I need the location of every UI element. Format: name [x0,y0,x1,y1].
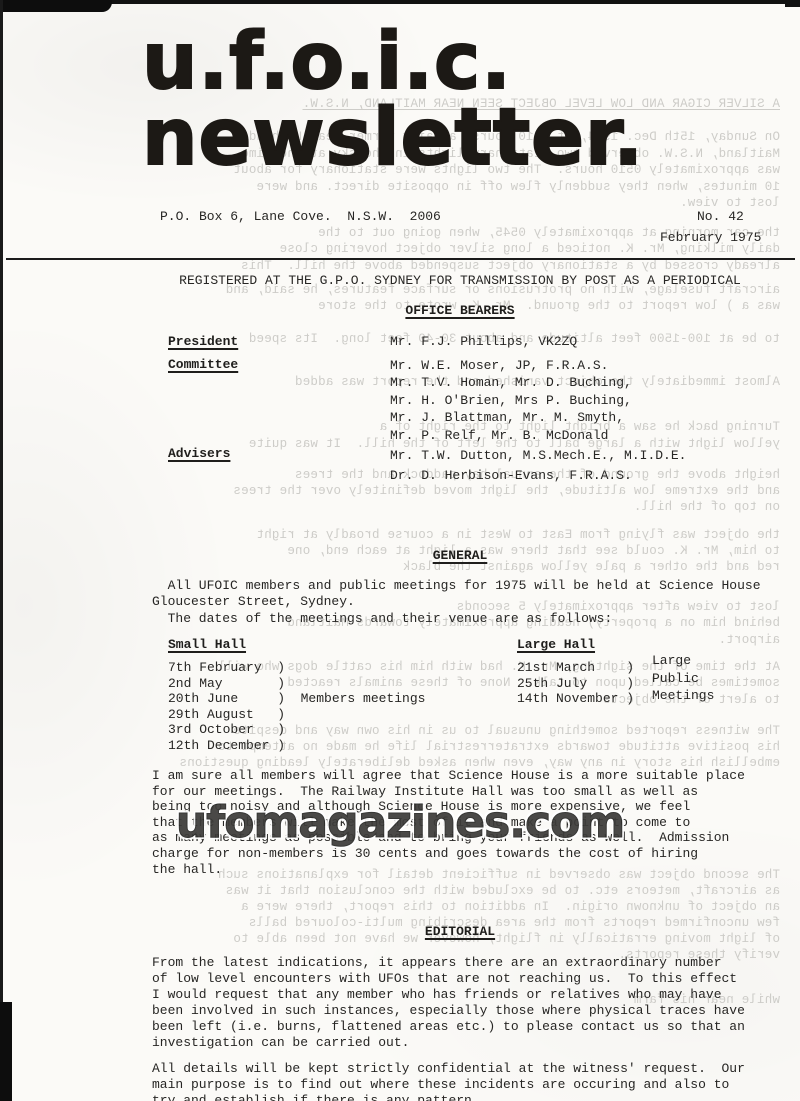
text-line: All UFOIC members and public meetings fo… [152,578,761,594]
registered-line: REGISTERED AT THE G.P.O. SYDNEY FOR TRAN… [150,273,770,289]
committee-member: Mr. W.E. Moser, JP, F.R.A.S. [390,357,632,374]
text-line: been involved in such instances, especia… [152,1003,745,1019]
text-line: the hall. [152,862,745,878]
committee-member: Mr. T.V. Homan, Mr. D. Buching, [390,374,632,391]
brace-label-line: Public [652,670,714,688]
adviser: Mr. T.W. Dutton, M.S.Mech.E., M.I.D.E. [390,446,686,466]
editorial-paragraph-1: From the latest indications, it appears … [152,955,745,1051]
meeting-date-line: 7th February ) [168,660,425,676]
masthead-line-1: u.f.o.i.c. [142,24,644,100]
issue-date: February 1975 [660,230,761,246]
advisers-label: Advisers [168,446,230,462]
text-line: main purpose is to find out where these … [152,1077,745,1093]
committee-member: Mr. P. Relf, Mr. B. McDonald [390,427,632,444]
dates-intro-line: The dates of the meetings and their venu… [152,611,612,627]
meeting-date-line: 3rd October ) [168,722,425,738]
text-line: investigation can be carried out. [152,1035,745,1051]
meeting-date-line: 2nd May ) [168,676,425,692]
text-line: of low level encounters with UFOs that a… [152,971,745,987]
small-hall-dates: 7th February )2nd May )20th June ) Membe… [168,660,425,754]
meeting-date-line: 20th June ) Members meetings [168,691,425,707]
text-line: been left (i.e. burns, flattened areas e… [152,1019,745,1035]
president-label: President [168,334,238,350]
office-bearers-heading: OFFICE BEARERS [150,303,770,319]
large-hall-brace-label: LargePublicMeetings [652,652,714,705]
small-hall-heading: Small Hall [168,637,246,653]
committee-label: Committee [168,357,238,373]
editorial-heading: EDITORIAL [150,924,770,940]
text-line: All details will be kept strictly confid… [152,1061,745,1077]
brace-label-line: Large [652,652,714,670]
meeting-date-line: 12th December ) [168,738,425,754]
po-box-address: P.O. Box 6, Lane Cove. N.S.W. 2006 [160,209,441,225]
text-line: Gloucester Street, Sydney. [152,594,761,610]
meeting-date-line: 21st March ) [517,660,634,676]
advisers-list: Mr. T.W. Dutton, M.S.Mech.E., M.I.D.E.Dr… [390,446,686,486]
scanned-newsletter-page: A SILVER CIGAR AND LOW LEVEL OBJECT SEEN… [0,0,800,1101]
adviser: Dr. D. Herbison-Evans, F.R.A.S. [390,466,686,486]
large-hall-dates: 21st March )25th July )14th November ) [517,660,634,707]
committee-member: Mr. J. Blattman, Mr. M. Smyth, [390,409,632,426]
meeting-date-line: 29th August ) [168,707,425,723]
committee-members: Mr. W.E. Moser, JP, F.R.A.S.Mr. T.V. Hom… [390,357,632,444]
meeting-date-line: 14th November ) [517,691,634,707]
text-line: try and establish if there is any patter… [152,1093,745,1101]
meeting-date-line: 25th July ) [517,676,634,692]
masthead-line-2: newsletter. [142,100,644,176]
general-paragraph-1: All UFOIC members and public meetings fo… [152,578,761,609]
text-line: I am sure all members will agree that Sc… [152,768,745,784]
text-line: From the latest indications, it appears … [152,955,745,971]
text-line: I would request that any member who has … [152,987,745,1003]
general-heading: GENERAL [150,548,770,564]
page-content: u.f.o.i.c. newsletter. P.O. Box 6, Lane … [0,0,800,1101]
editorial-paragraph-2: All details will be kept strictly confid… [152,1061,745,1101]
brace-label-line: Meetings [652,687,714,705]
text-line: charge for non-members is 30 cents and g… [152,846,745,862]
large-hall-heading: Large Hall [517,637,595,653]
issue-number: No. 42 [697,209,744,225]
newsletter-masthead: u.f.o.i.c. newsletter. [142,24,644,176]
committee-member: Mr. H. O'Brien, Mrs P. Buching, [390,392,632,409]
horizontal-rule [6,258,795,260]
watermark: ufomagazines.com [176,797,624,848]
president-value: Mr. F.J. Phillips, VK2ZQ [390,334,577,350]
